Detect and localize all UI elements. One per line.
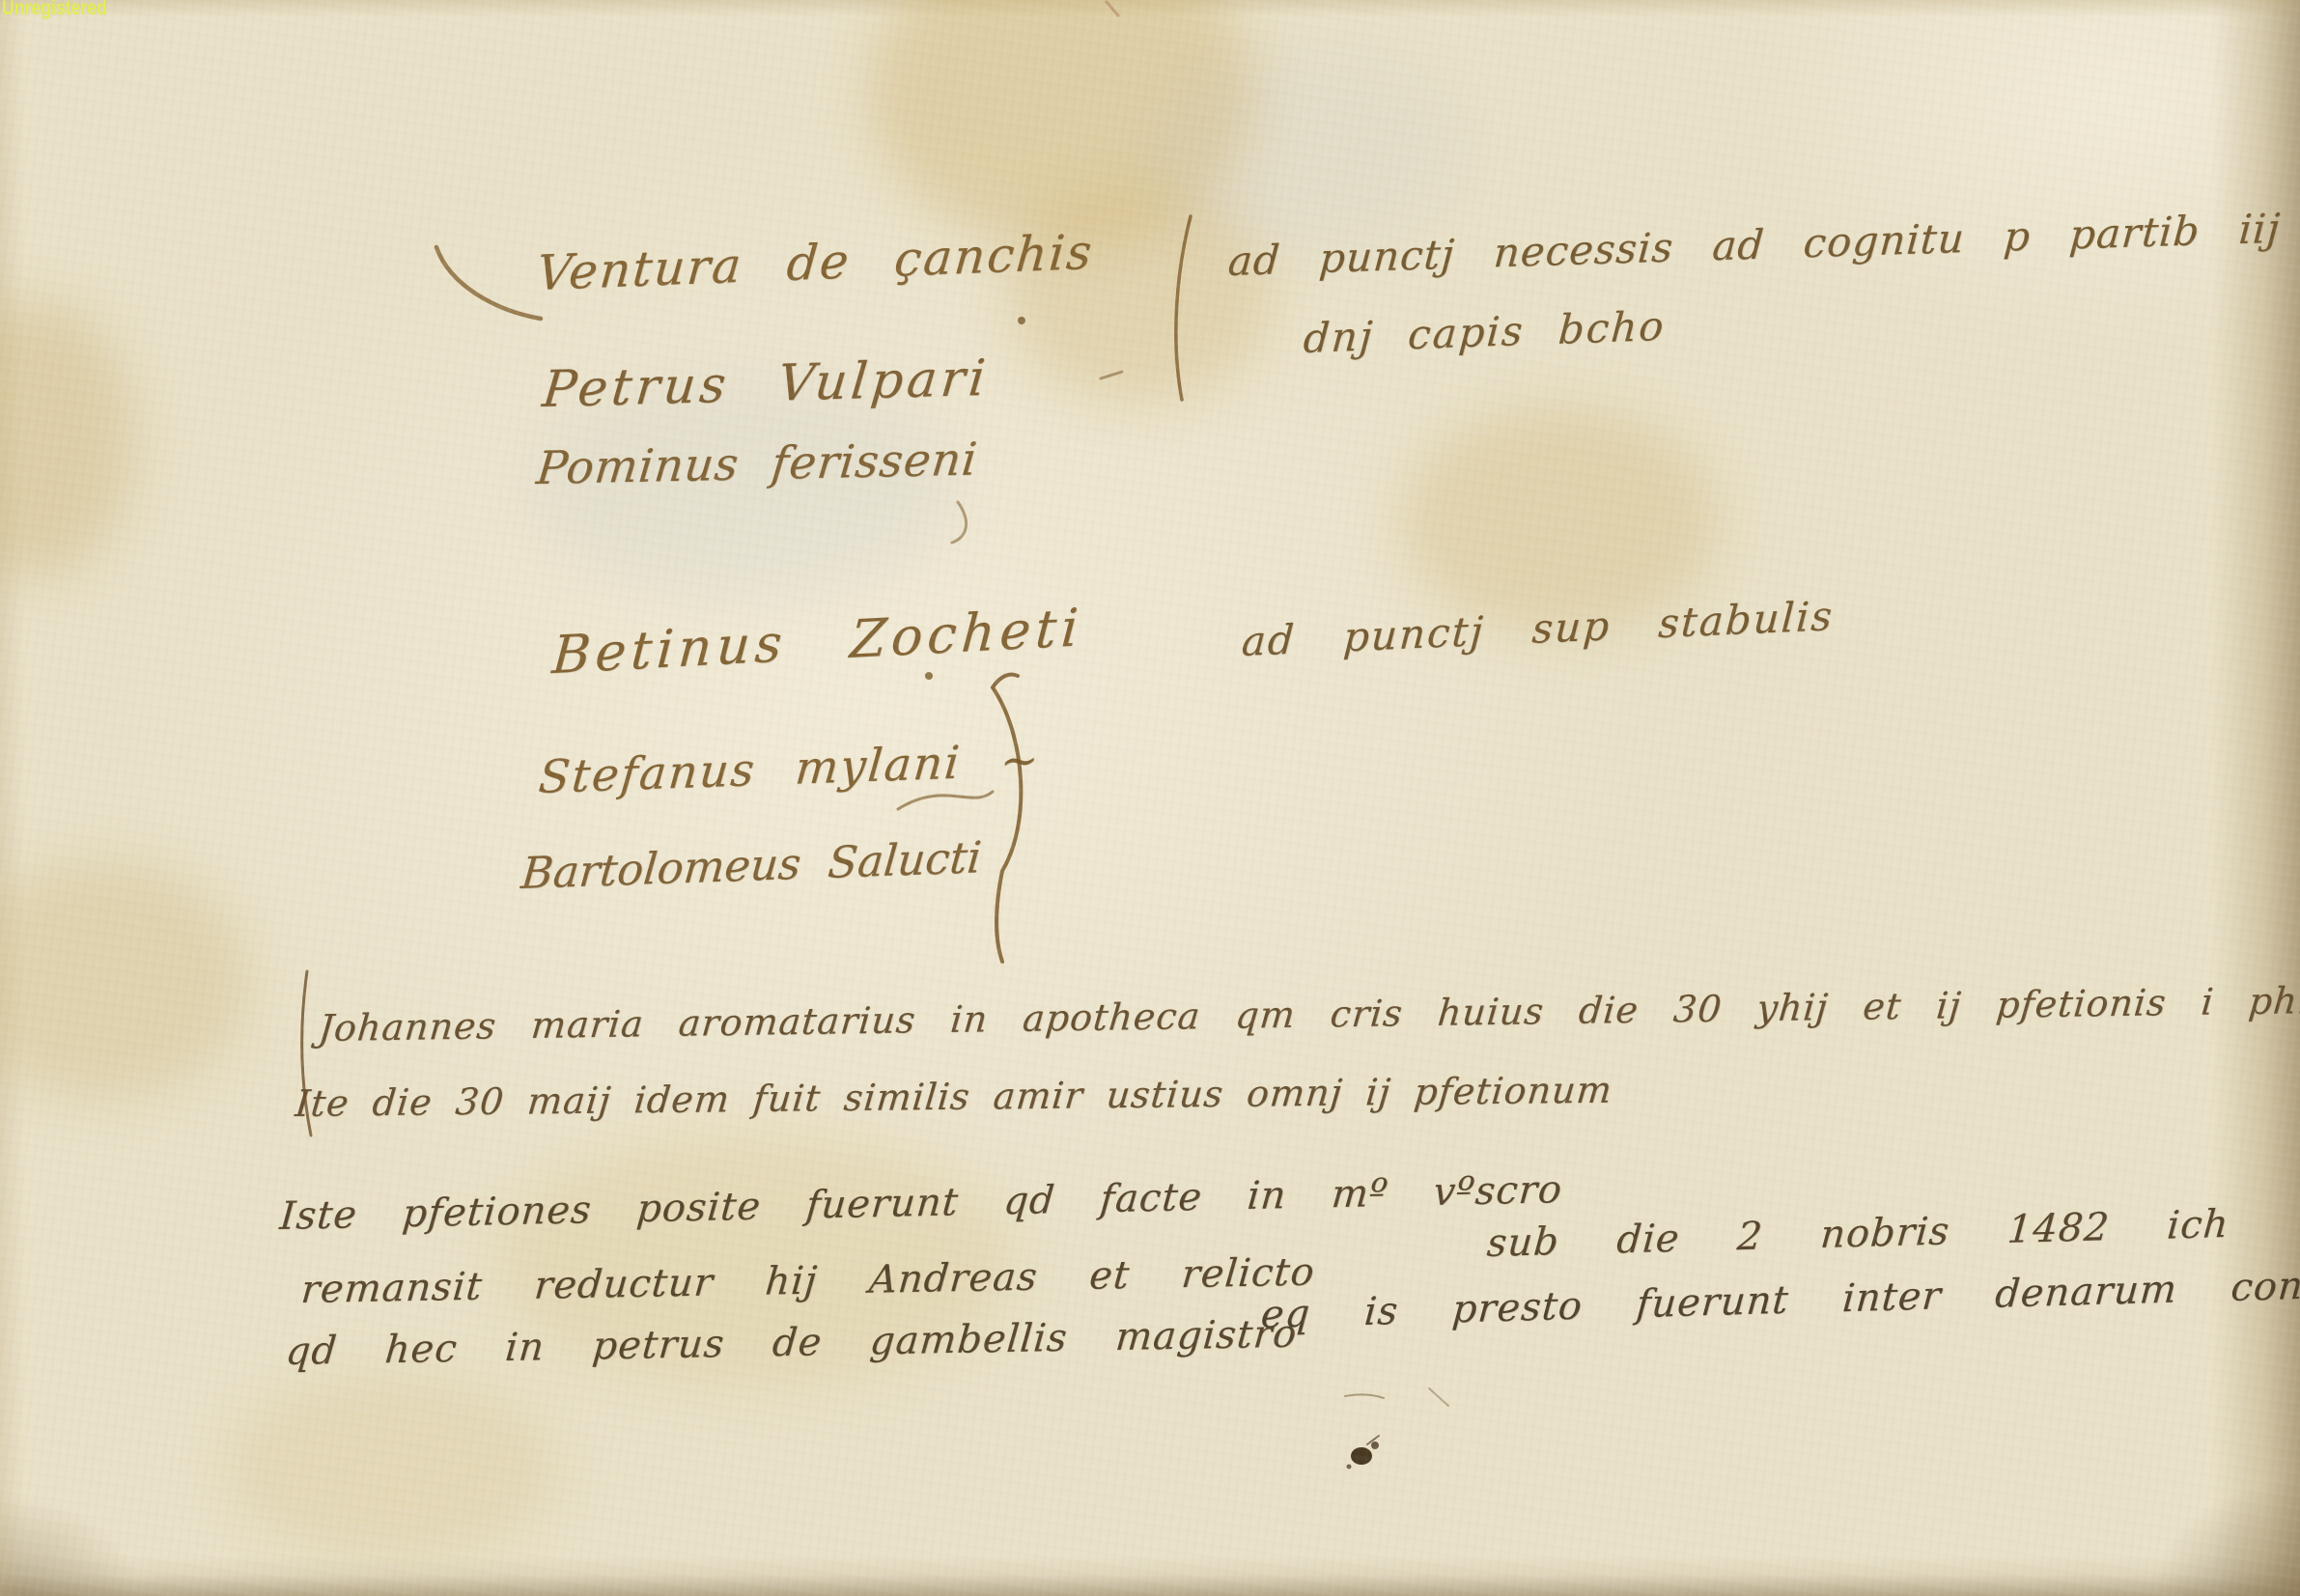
manuscript-page: Ventura de çanchis Petrus Vulpari Pominu… (0, 0, 2300, 1596)
ink-blot (1351, 1447, 1372, 1465)
parchment-stain (1004, 183, 1275, 406)
paragraph2-line2-right: eq is presto fuerunt inter denarum con (1259, 1267, 2300, 1334)
annotation2-line: ad punctj sup stabulis (1241, 596, 1836, 662)
entry2-name-2: Stefanus mylani ~ (537, 738, 1043, 800)
ink-blot-satellite (1347, 1465, 1352, 1470)
ink-dot-after-vulpari (1018, 317, 1025, 324)
ink-dot-after-zocheti (925, 672, 933, 680)
parchment-stain (0, 299, 135, 579)
entry1-brace-dash (1101, 372, 1122, 378)
ferisseni-tail-flourish (952, 502, 967, 543)
ink-blot-satellite (1371, 1442, 1379, 1449)
ventura-leadin-stroke (436, 247, 541, 319)
entry1-name-1: Ventura de çanchis (535, 228, 1095, 297)
entry2-brace-stroke (993, 675, 1021, 963)
entry1-brace-stroke (1176, 216, 1191, 400)
paragraph1-line1: Johannes maria aromatarius in apotheca q… (317, 980, 2300, 1047)
unregistered-watermark: Unregistered (2, 0, 107, 20)
paper-fiber (1429, 1388, 1448, 1406)
entry2-name-3: Bartolomeus Salucti (519, 835, 983, 895)
paragraph1-line2: Ite die 30 maij idem fuit similis amir u… (294, 1072, 1613, 1122)
parchment-stain (0, 859, 251, 1101)
ink-blot-hairline (1367, 1436, 1379, 1444)
ink-showthrough (1149, 48, 1468, 251)
paragraph2-line2-left: remansit reductur hij Andreas et relicto (299, 1253, 1316, 1309)
entry2-name-1: Betinus Zocheti (550, 602, 1084, 682)
parchment-stain (869, 0, 1255, 251)
paragraph2-line1-right: sub die 2 nobris 1482 ich (1485, 1205, 2230, 1263)
paragraph2-line3: qd hec in petrus de gambellis magistro (284, 1315, 1299, 1371)
annotation1-line2: dnj capis bcho (1303, 306, 1668, 359)
mylani-tail-flourish (898, 792, 993, 809)
entry1-name-3: Pominus ferisseni (535, 436, 980, 491)
paper-fiber (1345, 1394, 1384, 1398)
entry1-name-2: Petrus Vulpari (540, 353, 991, 415)
annotation1-line1: ad punctj necessis ad cognitu p partib i… (1226, 209, 2282, 282)
parchment-stain (222, 1371, 560, 1564)
top-edge-mark (1107, 2, 1118, 15)
paragraph2-line1-left: Iste pfetiones posite fuerunt qd facte i… (278, 1170, 1563, 1236)
